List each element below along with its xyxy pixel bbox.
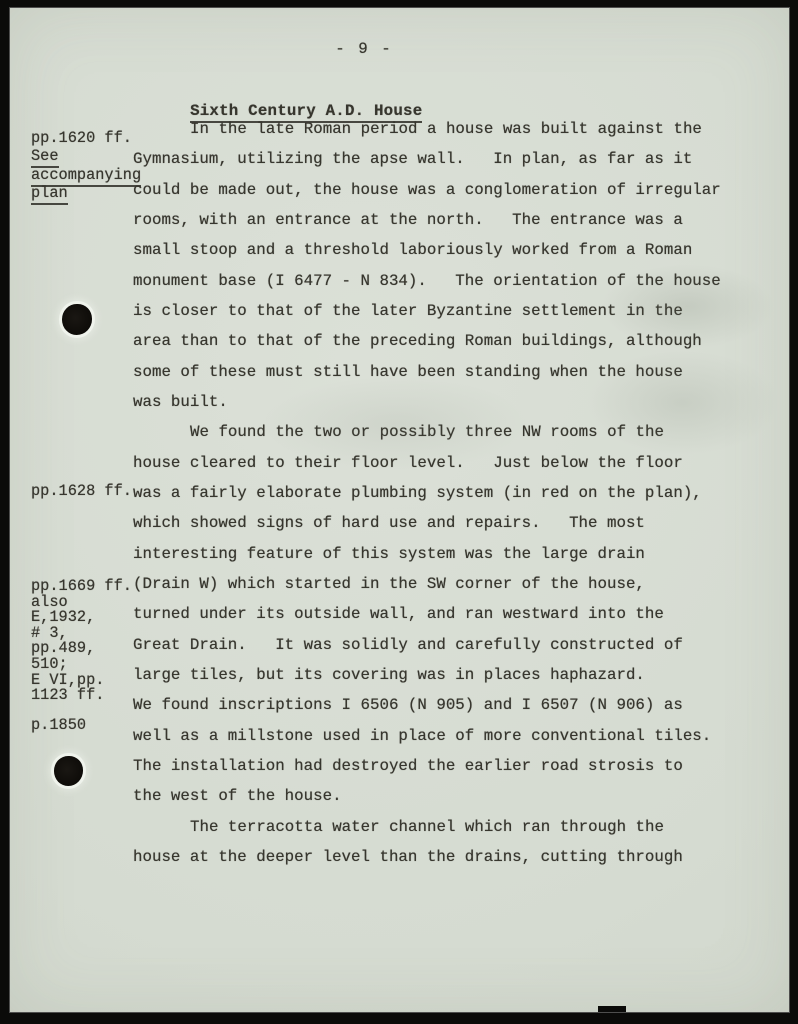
hole-punch — [54, 756, 83, 786]
text-line: house cleared to their floor level. Just… — [133, 448, 783, 478]
text-line: small stoop and a threshold laboriously … — [133, 235, 783, 265]
page-number: - 9 - — [308, 40, 420, 58]
text-line: house at the deeper level than the drain… — [133, 842, 783, 872]
text-line: Great Drain. It was solidly and carefull… — [133, 630, 783, 660]
margin-note: Seeaccompanyingplan — [31, 147, 141, 203]
text-line: The installation had destroyed the earli… — [133, 751, 783, 781]
page-edge-notch — [598, 1006, 626, 1012]
text-line: could be made out, the house was a congl… — [133, 175, 783, 205]
document-page: - 9 - Sixth Century A.D. House pp.1620 f… — [10, 8, 789, 1012]
margin-note-line: See — [31, 147, 141, 166]
margin-note: pp.1620 ff. — [31, 131, 132, 147]
margin-note: pp.1628 ff. — [31, 484, 132, 500]
margin-note-line: pp.1628 ff. — [31, 484, 132, 500]
hole-punch — [62, 304, 92, 335]
body-text: In the late Roman period a house was bui… — [133, 114, 783, 872]
text-line: some of these must still have been stand… — [133, 357, 783, 387]
text-line: is closer to that of the later Byzantine… — [133, 296, 783, 326]
text-line: which showed signs of hard use and repai… — [133, 508, 783, 538]
margin-note-line: p.1850 — [31, 718, 86, 734]
margin-note-line: plan — [31, 184, 141, 203]
margin-note: pp.1669 ff.alsoE,1932,# 3,pp.489,510;E V… — [31, 579, 132, 704]
text-line: In the late Roman period a house was bui… — [133, 114, 783, 144]
text-line: (Drain W) which started in the SW corner… — [133, 569, 783, 599]
text-line: turned under its outside wall, and ran w… — [133, 599, 783, 629]
margin-note-line: accompanying — [31, 166, 141, 185]
text-line: We found inscriptions I 6506 (N 905) and… — [133, 690, 783, 720]
margin-note-line: 1123 ff. — [31, 688, 132, 704]
text-line: area than to that of the preceding Roman… — [133, 326, 783, 356]
margin-note-line: pp.1620 ff. — [31, 131, 132, 147]
margin-note: p.1850 — [31, 718, 86, 734]
text-line: well as a millstone used in place of mor… — [133, 721, 783, 751]
text-line: rooms, with an entrance at the north. Th… — [133, 205, 783, 235]
text-line: We found the two or possibly three NW ro… — [133, 417, 783, 447]
text-line: large tiles, but its covering was in pla… — [133, 660, 783, 690]
text-line: The terracotta water channel which ran t… — [133, 812, 783, 842]
scan-background: - 9 - Sixth Century A.D. House pp.1620 f… — [0, 0, 798, 1024]
text-line: was a fairly elaborate plumbing system (… — [133, 478, 783, 508]
text-line: monument base (I 6477 - N 834). The orie… — [133, 266, 783, 296]
text-line: Gymnasium, utilizing the apse wall. In p… — [133, 144, 783, 174]
text-line: the west of the house. — [133, 781, 783, 811]
text-line: interesting feature of this system was t… — [133, 539, 783, 569]
text-line: was built. — [133, 387, 783, 417]
